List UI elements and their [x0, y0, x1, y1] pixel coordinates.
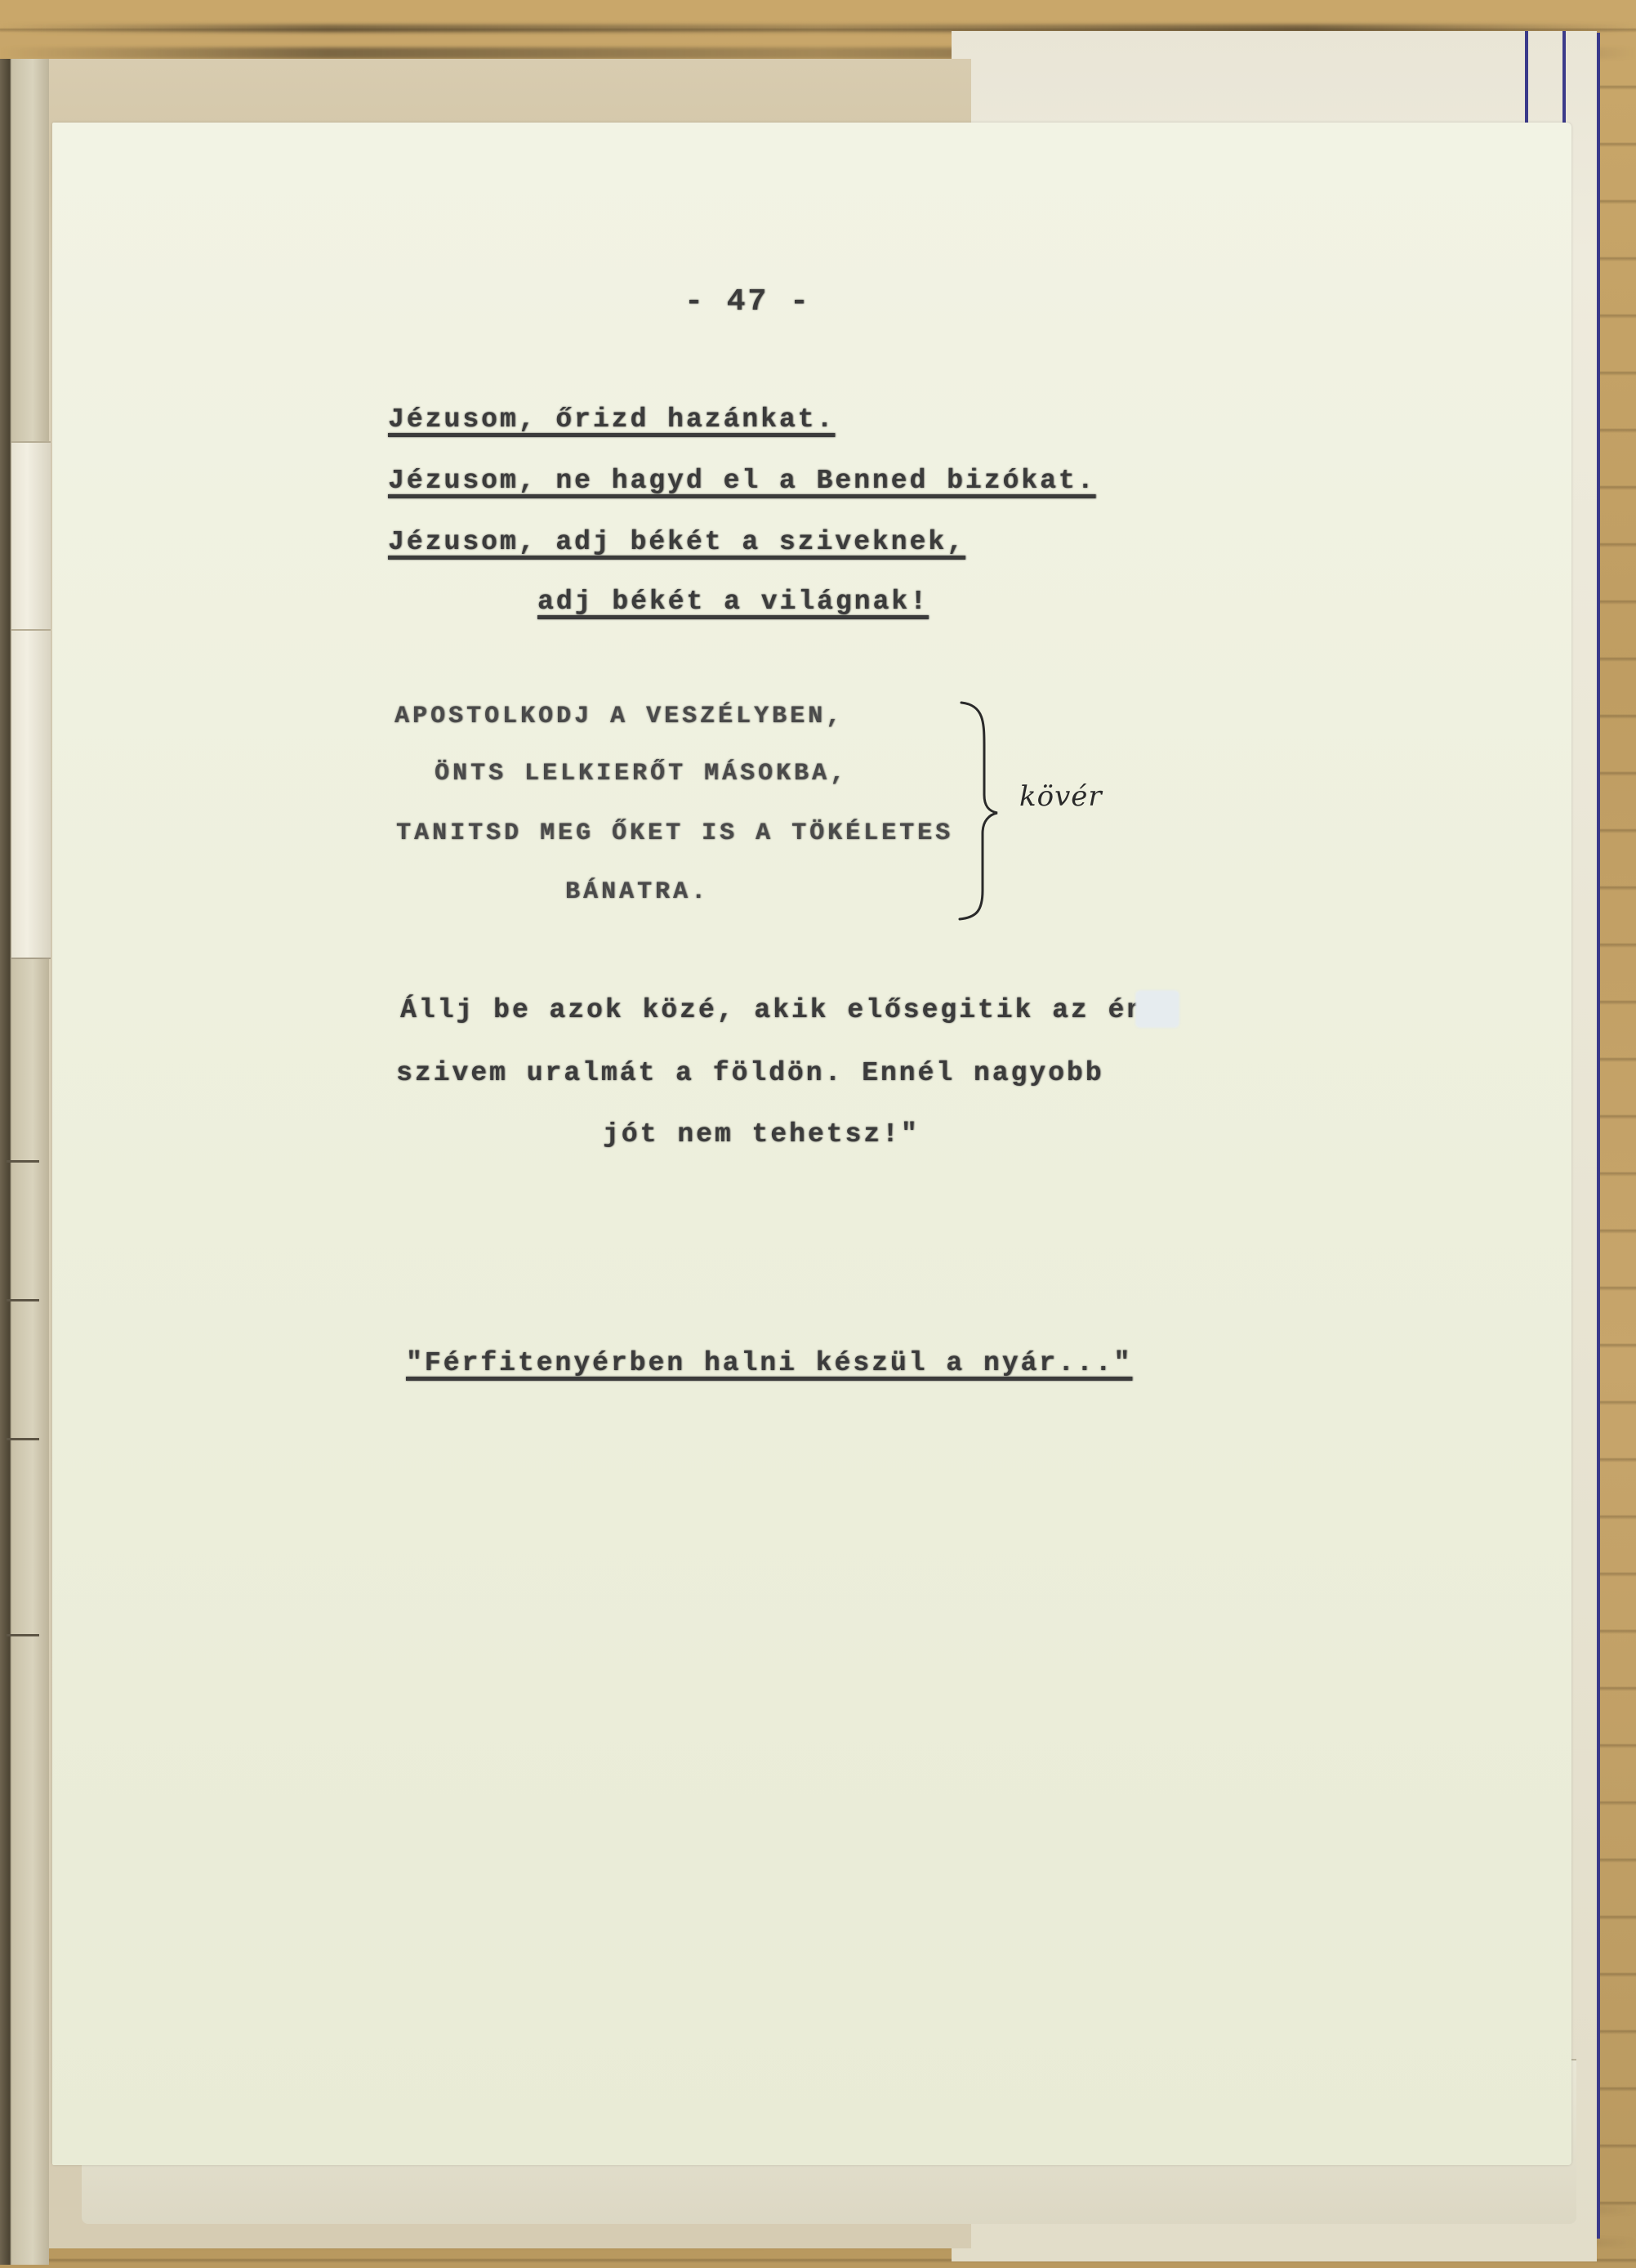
caps-line: ÖNTS LELKIERŐT MÁSOKBA, [435, 760, 848, 788]
page-nick [7, 1160, 39, 1163]
binder-line [1562, 31, 1566, 137]
prayer-line: adj békét a világnak! [537, 587, 929, 617]
paragraph-line: Állj be azok közé, akik elősegitik az én [400, 995, 1145, 1025]
handwritten-note: kövér [1019, 780, 1103, 813]
prayer-line: Jézusom, ne hagyd el a Benned bizókat. [388, 466, 1096, 496]
prayer-line: Jézusom, őrizd hazánkat. [388, 404, 835, 435]
paragraph-line: jót nem tehetsz!" [603, 1119, 920, 1150]
page-nick [7, 1438, 39, 1440]
prayer-line: Jézusom, adj békét a sziveknek, [388, 527, 965, 557]
paragraph-line: szivem uralmát a földön. Ennél nagyobb [396, 1058, 1104, 1088]
page-nick [7, 1299, 39, 1301]
caps-line: APOSTOLKODJ A VESZÉLYBEN, [395, 703, 844, 730]
handwritten-brace [952, 699, 1001, 923]
paper-tab [11, 629, 51, 959]
caps-line: TANITSD MEG ŐKET IS A TÖKÉLETES [396, 819, 953, 847]
binder-line [1525, 31, 1528, 137]
correction-whiteout [1135, 990, 1179, 1028]
page-nick [7, 1634, 39, 1636]
closing-title: "Férfitenyérben halni készül a nyár..." [406, 1348, 1132, 1378]
caps-line: BÁNATRA. [565, 878, 709, 906]
binder-line [1597, 33, 1600, 2239]
page-number: - 47 - [684, 284, 811, 319]
paper-tab [11, 441, 51, 632]
